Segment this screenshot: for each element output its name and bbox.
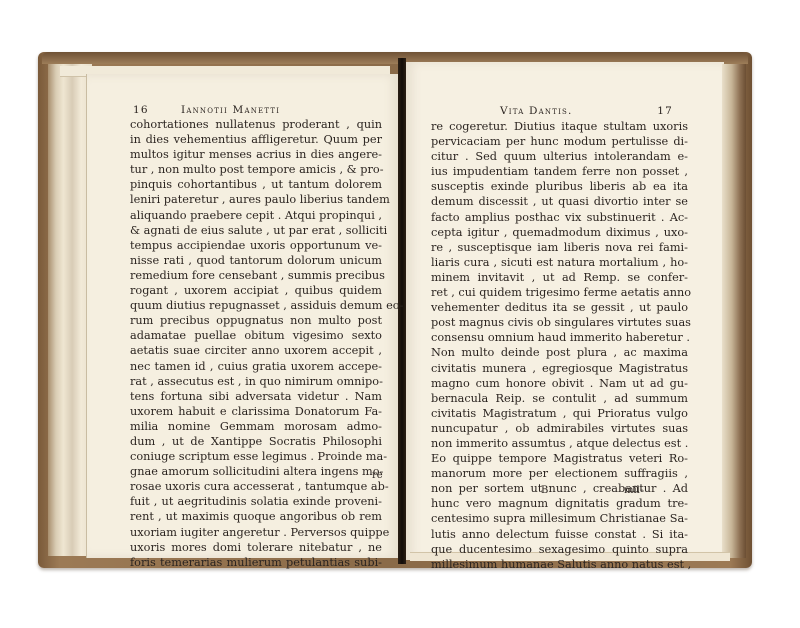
text-line: demum discessit , ut quasi divortio inte… [431, 194, 688, 209]
text-line: civitatis munera , egregiosque Magistrat… [431, 361, 688, 376]
text-line: rosae uxoris cura accesserat , tantumque… [130, 479, 382, 494]
text-line: aliquando praebere cepit . Atqui propinq… [130, 208, 382, 223]
signature-mark: B [541, 485, 548, 496]
text-line: dum , ut de Xantippe Socratis Philosophi [130, 434, 382, 449]
text-line: & agnati de eius salute , ut par erat , … [130, 223, 382, 238]
text-line: tens fortuna sibi adversata videtur . Na… [130, 389, 382, 404]
text-line: aetatis suae circiter anno uxorem accepi… [130, 343, 382, 358]
text-line: multos igitur menses acrius in dies ange… [130, 147, 382, 162]
text-line: cepta igitur , quemadmodum diximus , uxo… [431, 225, 688, 240]
text-line: facto amplius posthac vix substinuerit .… [431, 210, 688, 225]
text-line: Eo quippe tempore Magistratus veteri Ro- [431, 451, 688, 466]
left-page-text: cohortationes nullatenus proderant , qui… [130, 117, 382, 570]
book-photo: 16 Iannotii Manetti cohortationes nullat… [0, 0, 800, 628]
text-line: gnae amorum sollicitudini altera ingens … [130, 464, 382, 479]
text-line: quum diutius repugnasset , assiduis demu… [130, 298, 382, 313]
text-line: nec tamen id , cuius gratia uxorem accep… [130, 359, 382, 374]
text-line: re cogeretur. Diutius itaque stultam uxo… [431, 119, 688, 134]
text-line: in dies vehementius affligeretur. Quum p… [130, 132, 382, 147]
text-line: post magnus civis ob singulares virtutes… [431, 315, 688, 330]
text-line: rent , ut maximis quoque angoribus ob re… [130, 509, 382, 524]
text-line: uxoris mores domi tolerare nitebatur , n… [130, 540, 382, 555]
text-line: civitatis Magistratum , qui Prioratus vu… [431, 406, 688, 421]
text-line: non immerito assumtus , atque delectus e… [431, 436, 688, 451]
text-line: pinquis cohortantibus , ut tantum dolore… [130, 177, 382, 192]
text-line: non per sortem ut nunc , creabantur . Ad [431, 481, 688, 496]
text-line: hunc vero magnum dignitatis gradum tre- [431, 496, 688, 511]
text-line: rum precibus oppugnatus non multo post [130, 313, 382, 328]
text-line: leniri pateretur , aures paulo liberius … [130, 192, 382, 207]
text-line: pervicaciam per hunc modum pertulisse di… [431, 134, 688, 149]
right-catchword: mil- [624, 485, 643, 496]
text-line: fuit , ut aegritudinis solatia exinde pr… [130, 494, 382, 509]
right-page-edge [722, 64, 746, 558]
text-line: ius impudentiam tandem ferre non posset … [431, 164, 688, 179]
text-line: remedium fore censebant , summis precibu… [130, 268, 382, 283]
text-line: tempus accipiendae uxoris opportunum ve- [130, 238, 382, 253]
text-line: adamatae puellae obitum vigesimo sexto [130, 328, 382, 343]
right-page-number: 17 [657, 105, 673, 117]
text-line: uxorem habuit e clarissima Donatorum Fa- [130, 404, 382, 419]
text-line: nisse rati , quod tantorum dolorum unicu… [130, 253, 382, 268]
text-line: re , susceptisque iam liberis nova rei f… [431, 240, 688, 255]
text-line: lutis anno delectum fuisse constat . Si … [431, 527, 688, 542]
text-line: que ducentesimo sexagesimo quinto supra [431, 542, 688, 557]
right-page-text: re cogeretur. Diutius itaque stultam uxo… [431, 119, 688, 572]
text-line: manorum more per electionem suffragiis , [431, 466, 688, 481]
text-line: uxoriam iugiter angeretur . Perversos qu… [130, 525, 382, 540]
text-line: bernacula Reip. se contulit , ad summum [431, 391, 688, 406]
text-line: cohortationes nullatenus proderant , qui… [130, 117, 382, 132]
text-line: Non multo deinde post plura , ac maxima [431, 345, 688, 360]
text-line: consensu omnium haud immerito haberetur … [431, 330, 688, 345]
right-running-title: Vita Dantis. [500, 105, 573, 117]
text-line: foris temerarias mulierum petulantias su… [130, 555, 382, 570]
left-catchword: re [372, 470, 383, 481]
text-line: milia nomine Gemmam morosam admo- [130, 419, 382, 434]
left-running-title: Iannotii Manetti [181, 104, 280, 116]
text-line: liaris cura , sicuti est natura mortaliu… [431, 255, 688, 270]
text-line: tur , non multo post tempore amicis , & … [130, 162, 382, 177]
text-line: rogant , uxorem accipiat , quibus quidem [130, 283, 382, 298]
text-line: centesimo supra millesimum Christianae S… [431, 511, 688, 526]
text-line: nuncupatur , ob admirabiles virtutes sua… [431, 421, 688, 436]
text-line: vehementer deditus ita se gessit , ut pa… [431, 300, 688, 315]
text-line: ret , cui quidem trigesimo ferme aetatis… [431, 285, 688, 300]
text-line: rat , assecutus est , in quo nimirum omn… [130, 374, 382, 389]
text-line: citur . Sed quum ulterius intolerandam e… [431, 149, 688, 164]
text-line: minem invitavit , ut ad Remp. se confer- [431, 270, 688, 285]
text-line: magno cum honore obivit . Nam ut ad gu- [431, 376, 688, 391]
left-page-number: 16 [133, 104, 149, 116]
text-line: coniuge scriptum esse legimus . Proinde … [130, 449, 382, 464]
text-line: millesimum humanae Salutis anno natus es… [431, 557, 688, 572]
text-line: susceptis exinde pluribus liberis ab ea … [431, 179, 688, 194]
